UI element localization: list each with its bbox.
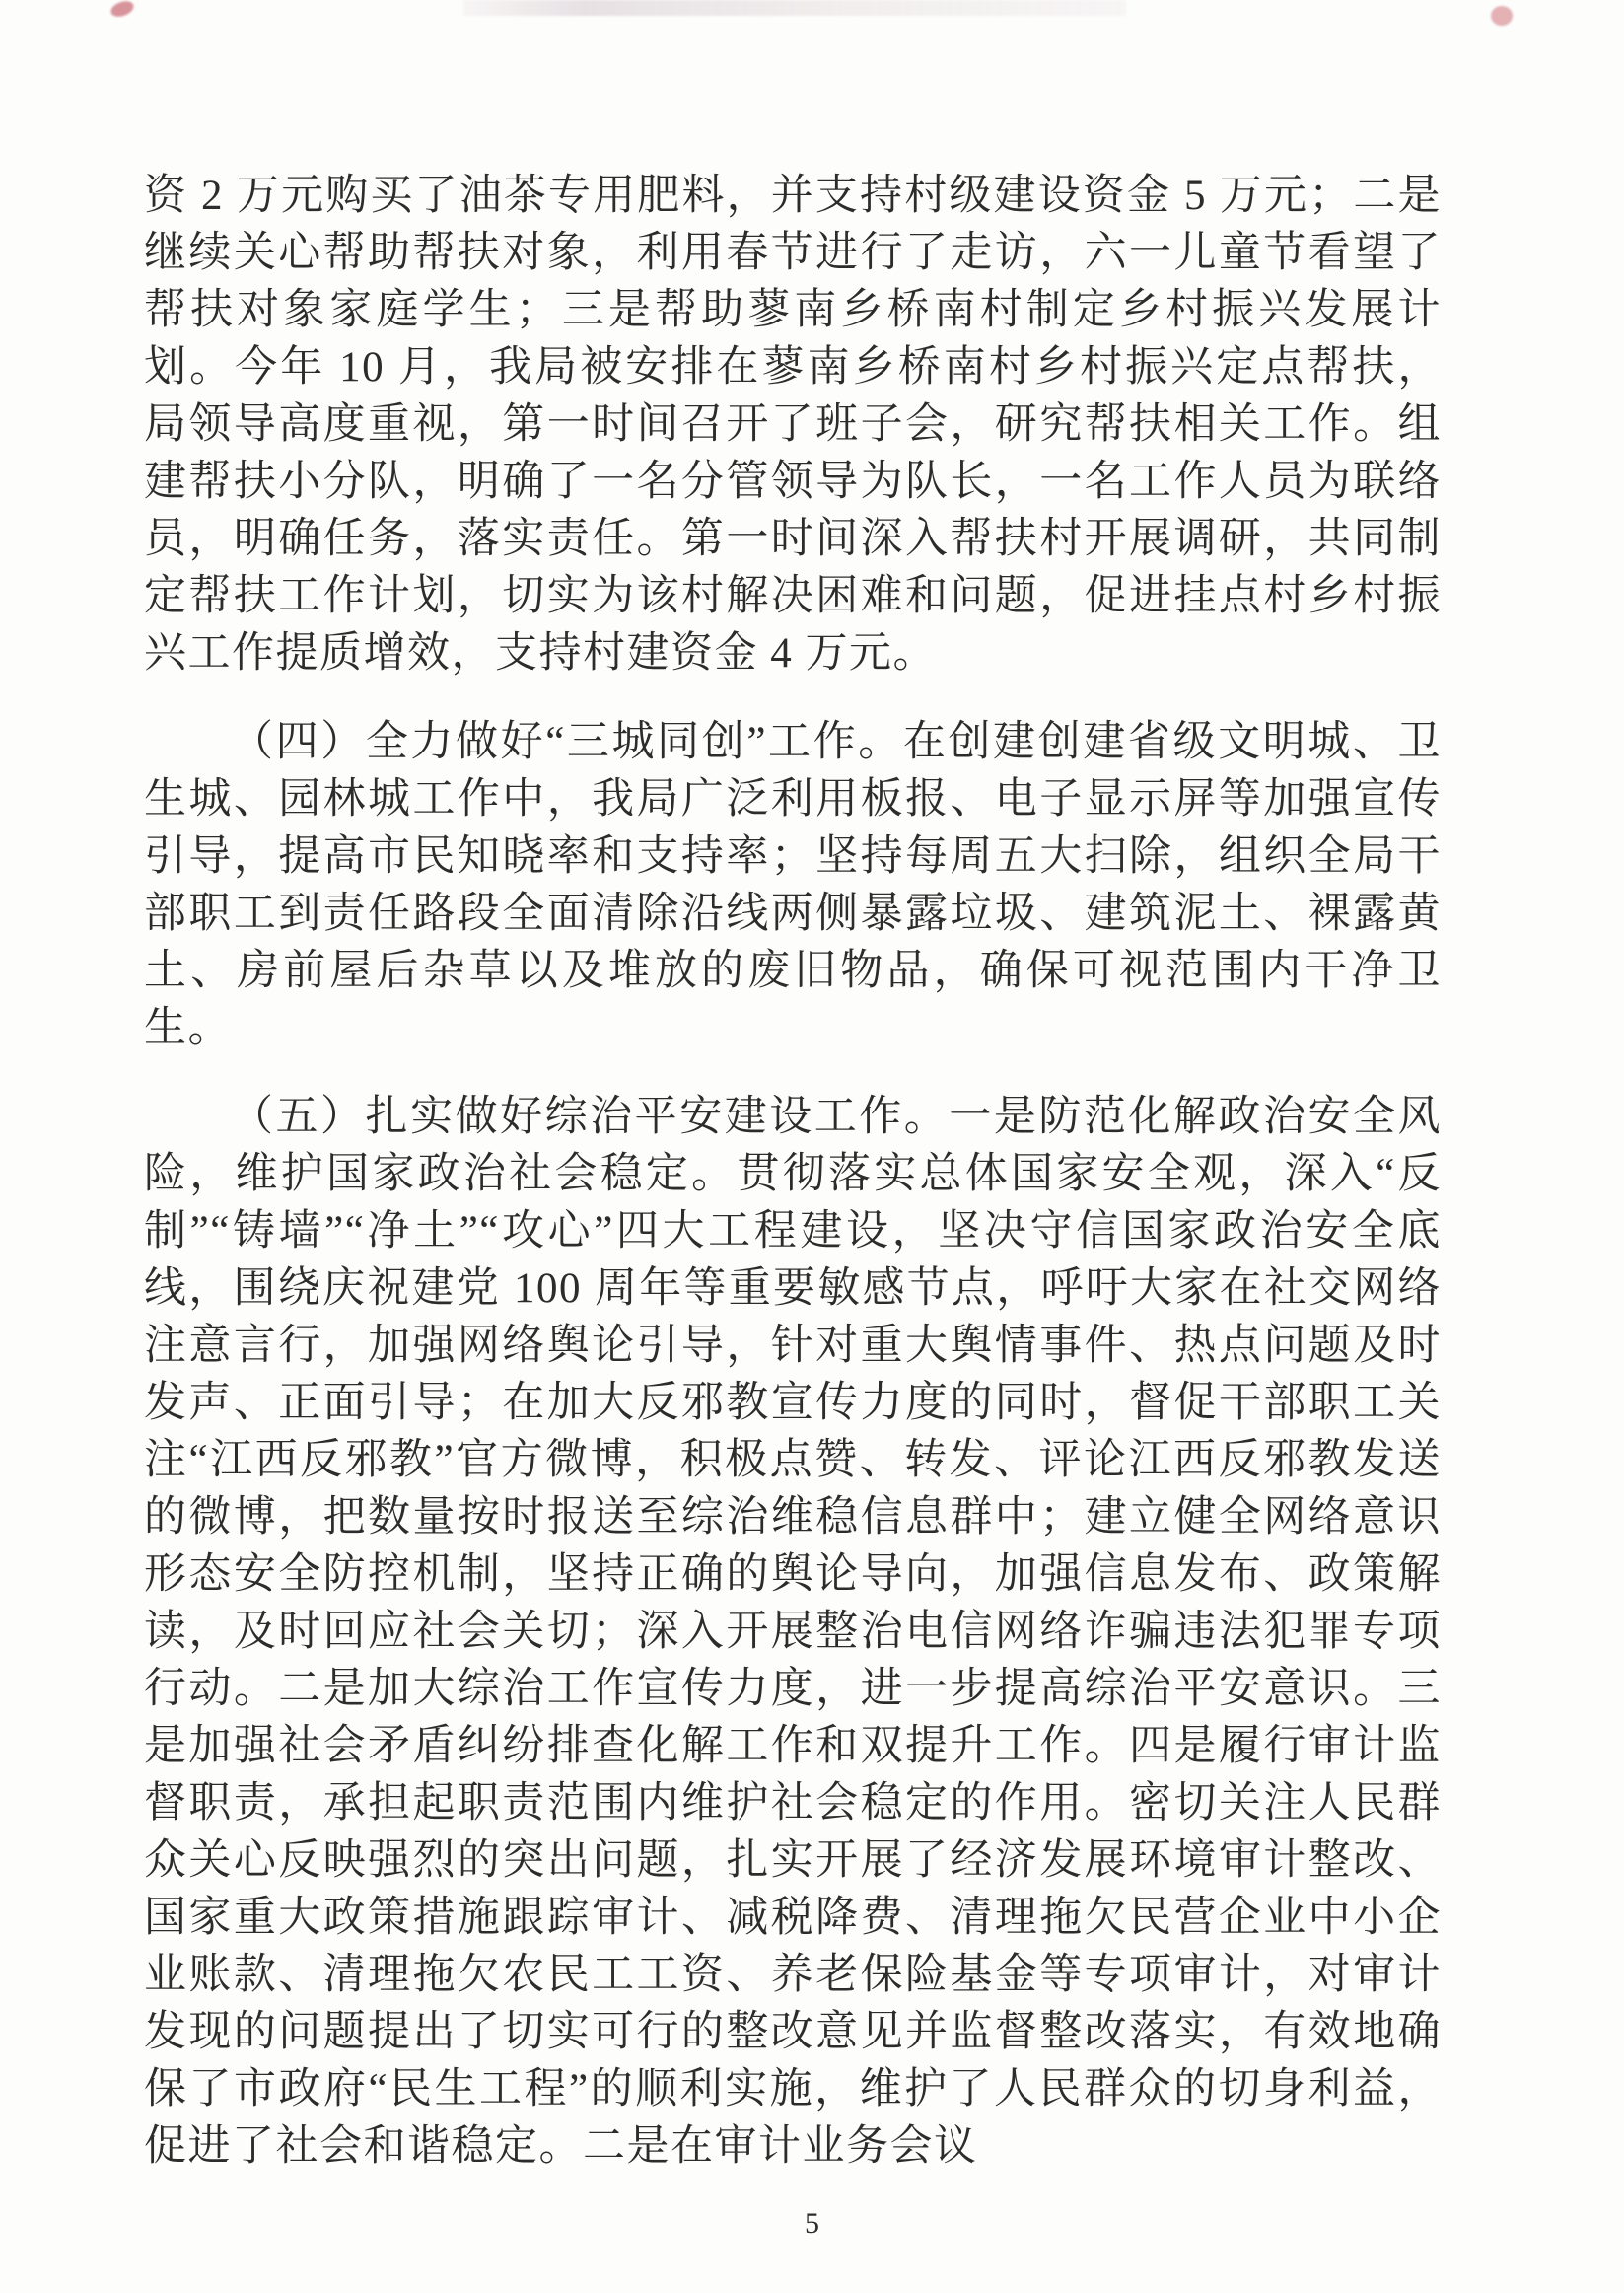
scan-artifact-top-left — [108, 0, 135, 20]
page-number: 5 — [805, 2207, 819, 2240]
paragraph-section-five: （五）扎实做好综治平安建设工作。一是防范化解政治安全风险，维护国家政治社会稳定。… — [144, 1089, 1442, 2176]
page-footer: 5 — [0, 2207, 1624, 2241]
scan-artifact-top-band — [463, 0, 1126, 16]
document-body: 资 2 万元购买了油茶专用肥料，并支持村级建设资金 5 万元；二是继续关心帮助帮… — [144, 168, 1442, 2207]
paragraph-section-four: （四）全力做好“三城同创”工作。在创建创建省级文明城、卫生城、园林城工作中，我局… — [144, 714, 1442, 1057]
document-page: 资 2 万元购买了油茶专用肥料，并支持村级建设资金 5 万元；二是继续关心帮助帮… — [0, 0, 1624, 2293]
scan-artifact-top-right — [1491, 6, 1513, 26]
paragraph-continuation: 资 2 万元购买了油茶专用肥料，并支持村级建设资金 5 万元；二是继续关心帮助帮… — [144, 168, 1442, 682]
